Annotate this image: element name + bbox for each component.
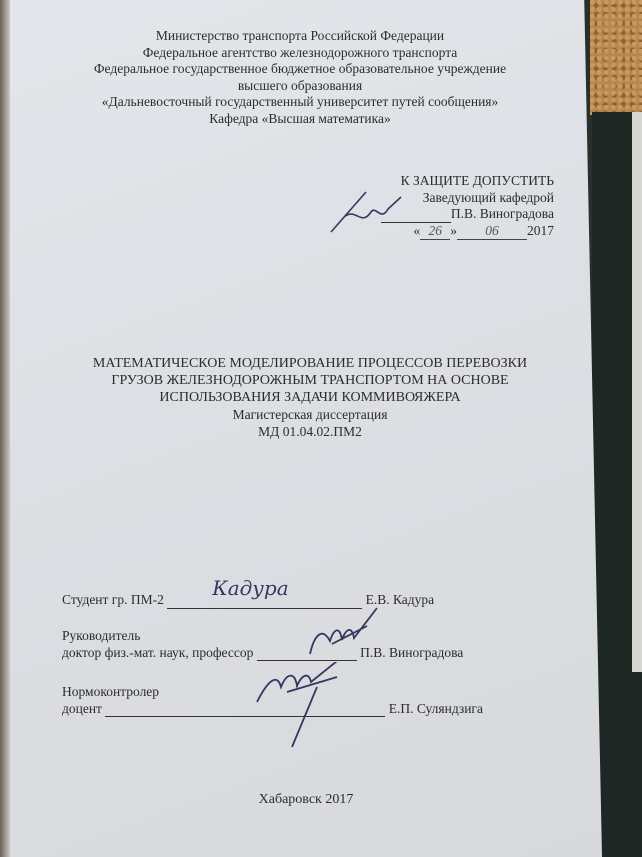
city-year: Хабаровск 2017 xyxy=(10,792,602,808)
header-line: Федеральное государственное бюджетное об… xyxy=(50,61,550,78)
date-month: 06 xyxy=(457,223,527,241)
header-line: Федеральное агентство железнодорожного т… xyxy=(50,45,550,62)
header-line: Министерство транспорта Российской Федер… xyxy=(50,28,550,45)
date-year: 2017 xyxy=(527,223,554,238)
handwritten-student-signature: Кадура xyxy=(212,580,288,597)
title-line: МАТЕМАТИЧЕСКОЕ МОДЕЛИРОВАНИЕ ПРОЦЕССОВ П… xyxy=(40,355,580,372)
normcontrol-name: Е.П. Суляндзига xyxy=(389,701,483,716)
thesis-title-block: МАТЕМАТИЧЕСКОЕ МОДЕЛИРОВАНИЕ ПРОЦЕССОВ П… xyxy=(40,355,580,440)
normcontrol-signature-icon xyxy=(247,662,357,752)
normcontrol-label-2: доцент xyxy=(62,701,102,716)
header-line: Кафедра «Высшая математика» xyxy=(50,111,550,128)
header-line: высшего образования xyxy=(50,78,550,95)
doc-type: Магистерская диссертация xyxy=(40,406,580,423)
supervisor-label-1: Руководитель xyxy=(62,628,463,645)
header-line: «Дальневосточный государственный универс… xyxy=(50,94,550,111)
supervisor-label-2: доктор физ.-мат. наук, профессор xyxy=(62,645,253,660)
date-day: 26 xyxy=(420,223,450,241)
title-line: ГРУЗОВ ЖЕЛЕЗНОДОРОЖНЫМ ТРАНСПОРТОМ НА ОС… xyxy=(40,372,580,389)
title-page: Министерство транспорта Российской Федер… xyxy=(10,0,602,857)
approval-block: К ЗАЩИТЕ ДОПУСТИТЬ Заведующий кафедрой П… xyxy=(334,173,554,240)
page-left-edge xyxy=(0,0,10,857)
supervisor-signature-row: Руководитель доктор физ.-мат. наук, проф… xyxy=(62,628,463,661)
student-label: Студент гр. ПМ-2 xyxy=(62,592,164,607)
normcontrol-signature-row: Нормоконтролер доцент Е.П. Суляндзига xyxy=(62,684,483,717)
doc-code: МД 01.04.02.ПМ2 xyxy=(40,423,580,440)
underlying-page xyxy=(632,112,642,672)
title-line: ИСПОЛЬЗОВАНИЯ ЗАДАЧИ КОММИВОЯЖЕРА xyxy=(40,389,580,406)
student-name: Е.В. Кадура xyxy=(366,592,435,607)
approval-name: П.В. Виноградова xyxy=(451,206,554,221)
supervisor-signature-icon xyxy=(302,606,382,661)
quote-close: » xyxy=(450,223,457,238)
institution-header: Министерство транспорта Российской Федер… xyxy=(50,28,550,127)
desk-background xyxy=(590,0,642,115)
head-signature-icon xyxy=(326,187,416,237)
